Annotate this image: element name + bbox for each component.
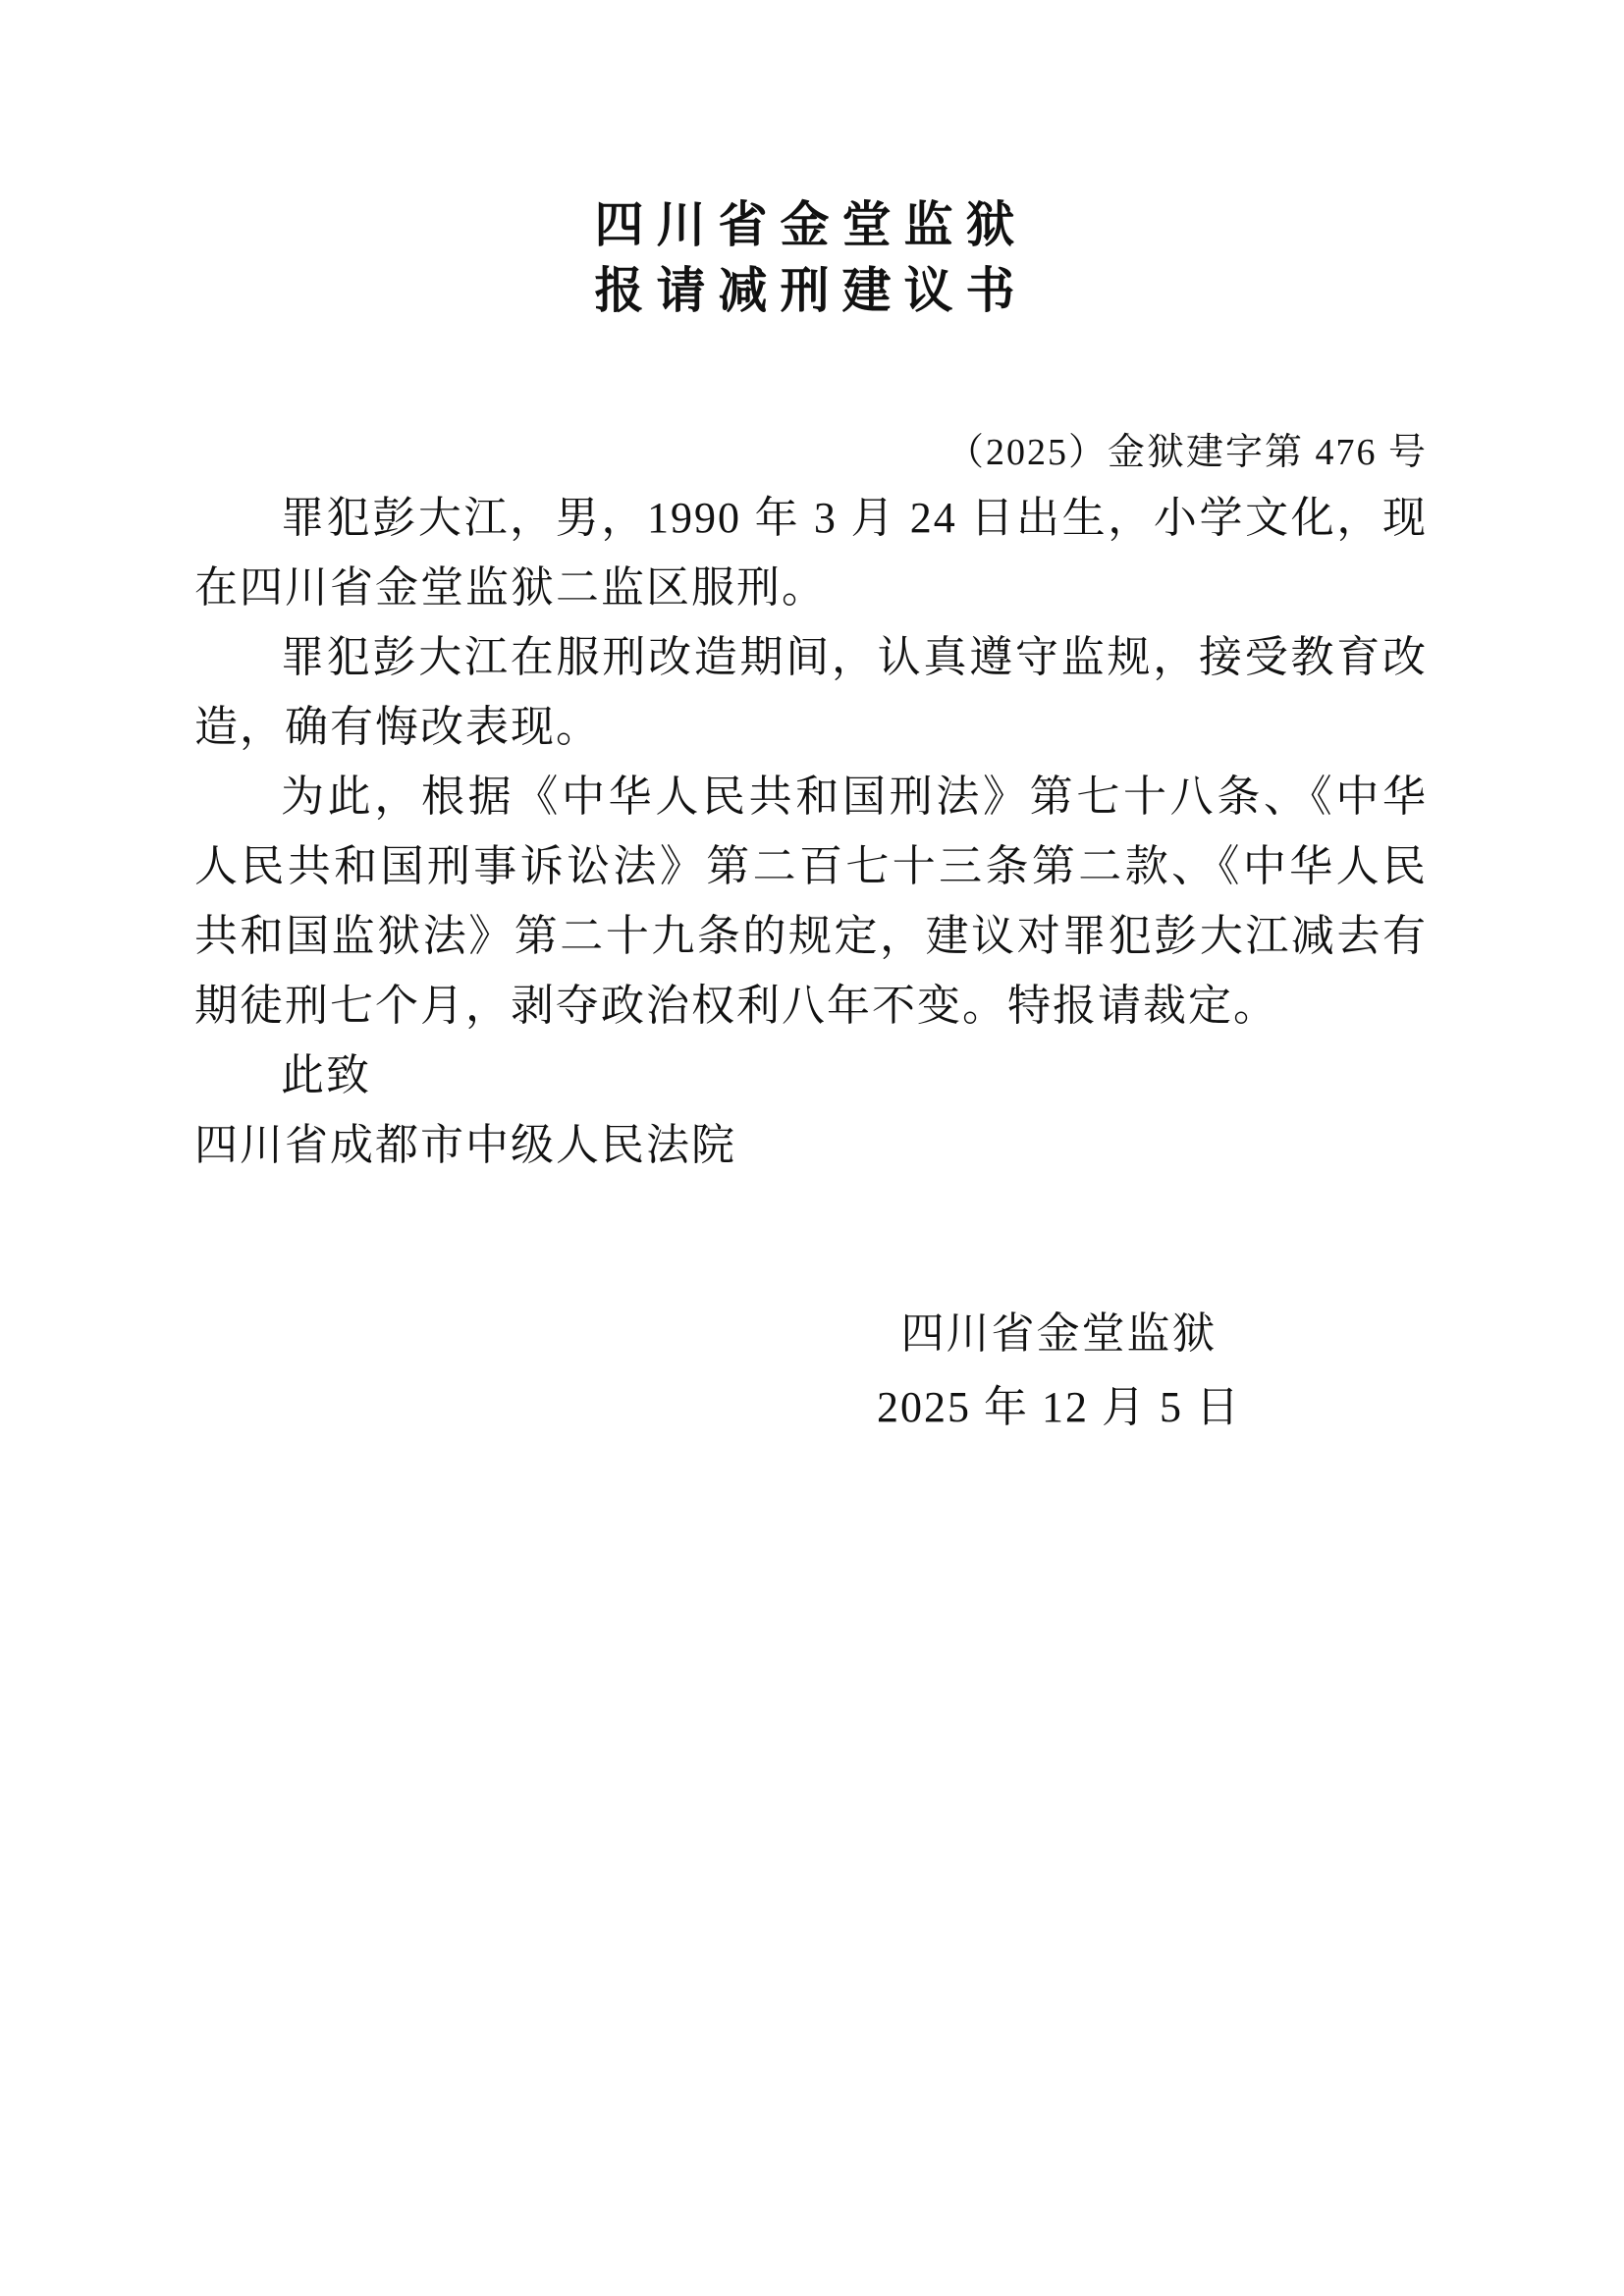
recipient-court: 四川省成都市中级人民法院 <box>194 1110 1428 1180</box>
title-line-document-type: 报请减刑建议书 <box>194 258 1428 324</box>
signature-block: 四川省金堂监狱 2025 年 12 月 5 日 <box>877 1297 1241 1444</box>
document-page: 四川省金堂监狱 报请减刑建议书 （2025）金狱建字第 476 号 罪犯彭大江，… <box>0 0 1624 2296</box>
paragraph-conduct: 罪犯彭大江在服刑改造期间，认真遵守监规，接受教育改造，确有悔改表现。 <box>194 622 1428 762</box>
signature-org-name: 四川省金堂监狱 <box>877 1297 1241 1370</box>
title-line-prison-name: 四川省金堂监狱 <box>194 192 1428 258</box>
paragraph-offender-info: 罪犯彭大江，男，1990 年 3 月 24 日出生，小学文化，现在四川省金堂监狱… <box>194 483 1428 622</box>
signature-area: 四川省金堂监狱 2025 年 12 月 5 日 <box>194 1297 1428 1444</box>
closing-salutation: 此致 <box>194 1041 1428 1110</box>
document-title: 四川省金堂监狱 报请减刑建议书 <box>194 192 1428 324</box>
document-content: 四川省金堂监狱 报请减刑建议书 （2025）金狱建字第 476 号 罪犯彭大江，… <box>0 0 1624 1444</box>
signature-date: 2025 年 12 月 5 日 <box>877 1370 1241 1444</box>
paragraph-legal-basis: 为此，根据《中华人民共和国刑法》第七十八条、《中华人民共和国刑事诉讼法》第二百七… <box>194 762 1428 1041</box>
document-number: （2025）金狱建字第 476 号 <box>194 427 1428 478</box>
document-body: 罪犯彭大江，男，1990 年 3 月 24 日出生，小学文化，现在四川省金堂监狱… <box>194 483 1428 1180</box>
